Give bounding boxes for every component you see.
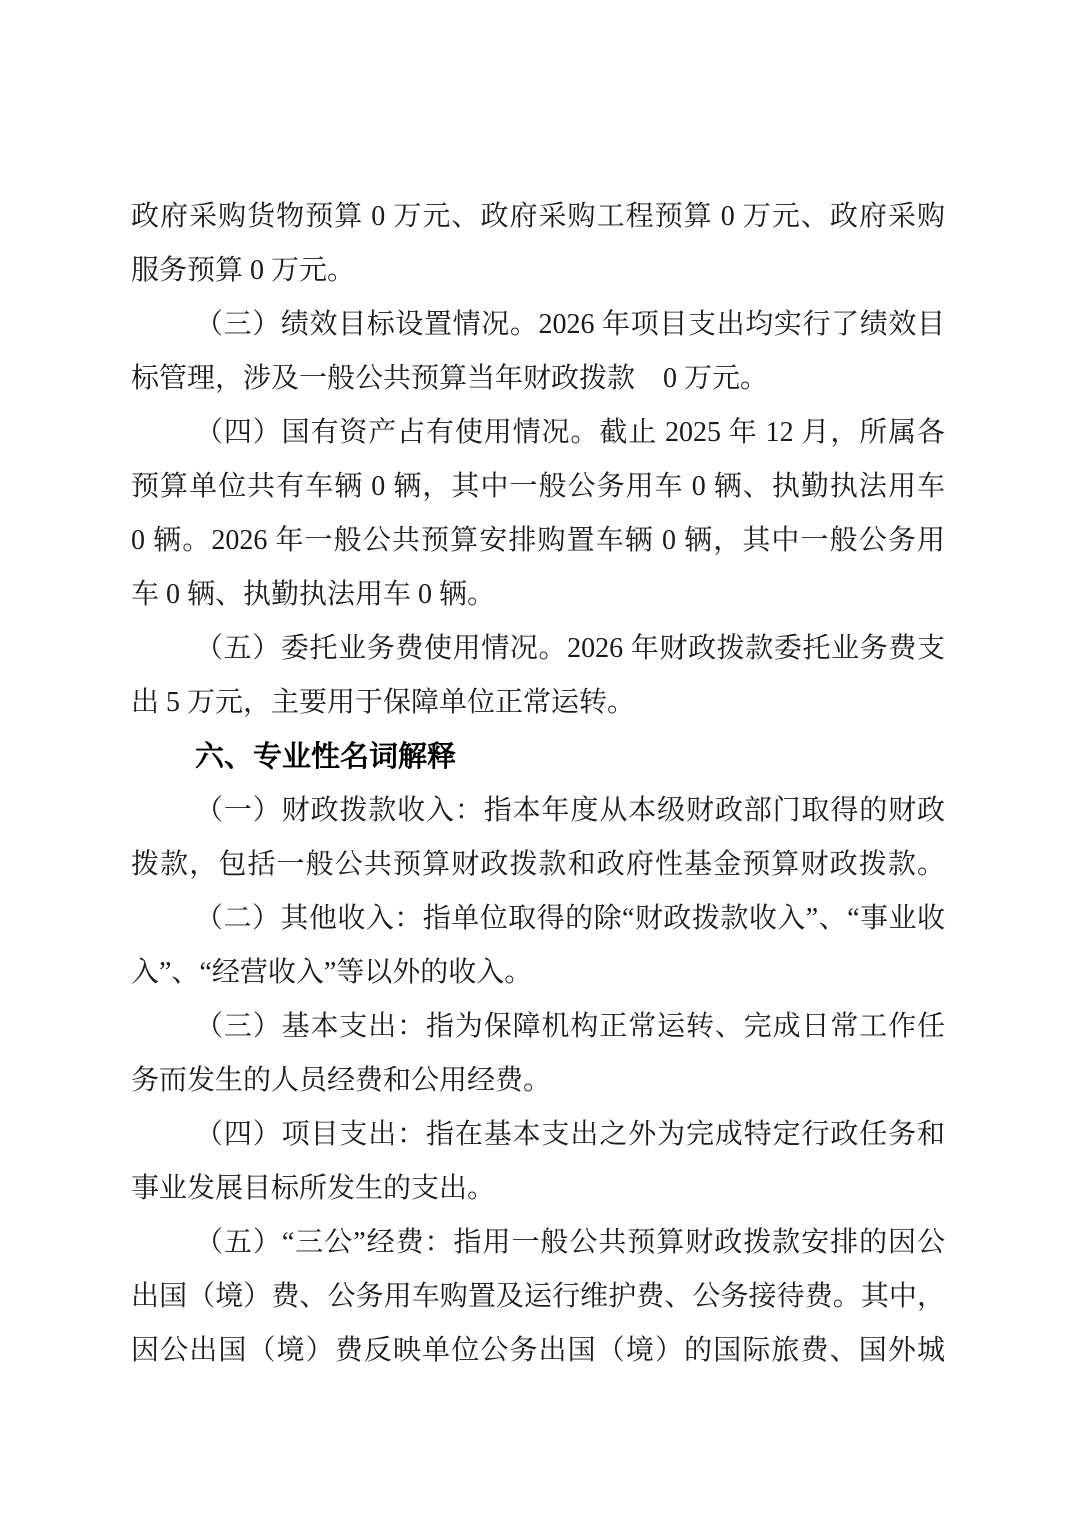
text-line: 车 0 辆、执勤执法用车 0 辆。 <box>131 568 945 622</box>
paragraph: （二）其他收入：指单位取得的除“财政拨款收入”、“事业收入”、“经营收入”等以外… <box>131 892 945 1000</box>
document-page: 政府采购货物预算 0 万元、政府采购工程预算 0 万元、政府采购服务预算 0 万… <box>0 0 1074 1520</box>
text-line: 因公出国（境）费反映单位公务出国（境）的国际旅费、国外城 <box>131 1324 945 1378</box>
paragraph-continuation: 政府采购货物预算 0 万元、政府采购工程预算 0 万元、政府采购服务预算 0 万… <box>131 190 945 298</box>
text-line: （一）财政拨款收入：指本年度从本级财政部门取得的财政 <box>131 784 945 838</box>
paragraph: （四）项目支出：指在基本支出之外为完成特定行政任务和事业发展目标所发生的支出。 <box>131 1108 945 1216</box>
paragraph: （一）财政拨款收入：指本年度从本级财政部门取得的财政拨款，包括一般公共预算财政拨… <box>131 784 945 892</box>
text-line: 出 5 万元，主要用于保障单位正常运转。 <box>131 676 945 730</box>
paragraph: （五）“三公”经费：指用一般公共预算财政拨款安排的因公出国（境）费、公务用车购置… <box>131 1216 945 1378</box>
text-line: （四）国有资产占有使用情况。截止 2025 年 12 月，所属各 <box>131 406 945 460</box>
text-line: 服务预算 0 万元。 <box>131 244 945 298</box>
text-line: 0 辆。2026 年一般公共预算安排购置车辆 0 辆，其中一般公务用 <box>131 514 945 568</box>
text-line: （二）其他收入：指单位取得的除“财政拨款收入”、“事业收 <box>131 892 945 946</box>
text-line: 出国（境）费、公务用车购置及运行维护费、公务接待费。其中， <box>131 1270 945 1324</box>
paragraph: （五）委托业务费使用情况。2026 年财政拨款委托业务费支出 5 万元，主要用于… <box>131 622 945 730</box>
text-line: （五）委托业务费使用情况。2026 年财政拨款委托业务费支 <box>131 622 945 676</box>
section-heading: 六、专业性名词解释 <box>131 730 945 784</box>
text-line: 政府采购货物预算 0 万元、政府采购工程预算 0 万元、政府采购 <box>131 190 945 244</box>
text-line: （五）“三公”经费：指用一般公共预算财政拨款安排的因公 <box>131 1216 945 1270</box>
section-heading: 六、专业性名词解释 <box>131 730 945 784</box>
text-line: 标管理，涉及一般公共预算当年财政拨款 0 万元。 <box>131 352 945 406</box>
text-line: 务而发生的人员经费和公用经费。 <box>131 1054 945 1108</box>
text-line: （四）项目支出：指在基本支出之外为完成特定行政任务和 <box>131 1108 945 1162</box>
text-line: （三）绩效目标设置情况。2026 年项目支出均实行了绩效目 <box>131 298 945 352</box>
paragraph: （三）基本支出：指为保障机构正常运转、完成日常工作任务而发生的人员经费和公用经费… <box>131 1000 945 1108</box>
text-line: 事业发展目标所发生的支出。 <box>131 1162 945 1216</box>
text-line: 拨款，包括一般公共预算财政拨款和政府性基金预算财政拨款。 <box>131 838 945 892</box>
paragraph: （三）绩效目标设置情况。2026 年项目支出均实行了绩效目标管理，涉及一般公共预… <box>131 298 945 406</box>
text-line: 入”、“经营收入”等以外的收入。 <box>131 946 945 1000</box>
text-line: 预算单位共有车辆 0 辆，其中一般公务用车 0 辆、执勤执法用车 <box>131 460 945 514</box>
text-line: （三）基本支出：指为保障机构正常运转、完成日常工作任 <box>131 1000 945 1054</box>
paragraph: （四）国有资产占有使用情况。截止 2025 年 12 月，所属各预算单位共有车辆… <box>131 406 945 622</box>
document-body: 政府采购货物预算 0 万元、政府采购工程预算 0 万元、政府采购服务预算 0 万… <box>131 190 945 1378</box>
